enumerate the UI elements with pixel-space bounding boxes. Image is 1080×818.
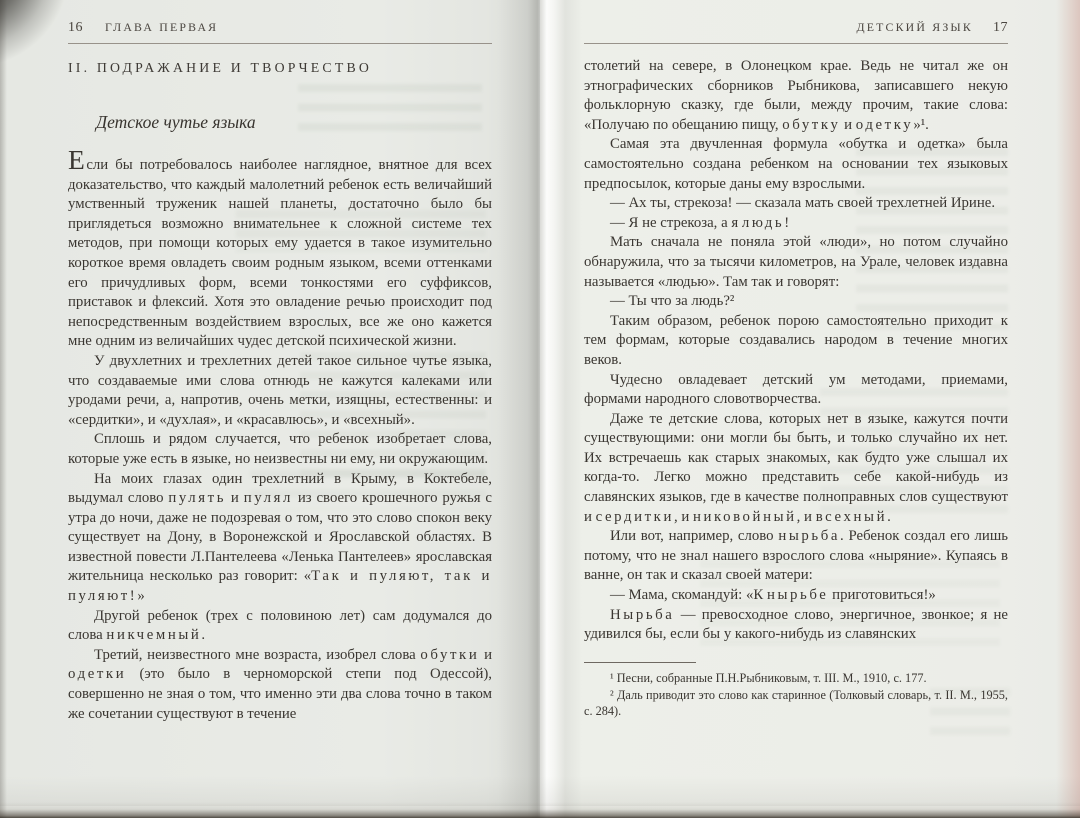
text-run: — Ты что за людь?²	[610, 293, 734, 309]
letterspaced-word: пулять	[168, 490, 226, 506]
footnotes: ¹ Песни, собранные П.Н.Рыбниковым, т. II…	[584, 662, 1008, 720]
text-run: , и	[674, 509, 693, 525]
paragraph: Третий, неизвестного мне возраста, изобр…	[68, 646, 492, 724]
letterspaced-word: обутки	[420, 647, 479, 663]
letterspaced-word: одетку	[856, 117, 914, 133]
running-head: ГЛАВА ПЕРВАЯ	[105, 20, 218, 35]
letterspaced-word: одетки	[68, 666, 126, 682]
paragraph: Таким образом, ребенок порою самостоятел…	[584, 312, 1008, 371]
letterspaced-word: нырьбе	[767, 587, 829, 603]
chapter-section-title: II. ПОДРАЖАНИЕ И ТВОРЧЕСТВО	[68, 60, 492, 76]
letterspaced-word: людь	[742, 215, 784, 231]
right-page-header: ДЕТСКИЙ ЯЗЫК 17	[584, 20, 1008, 36]
text-run: , и	[797, 509, 816, 525]
text-run: Третий, неизвестного мне возраста, изобр…	[94, 647, 420, 663]
paragraph: — Мама, скомандуй: «К нырьбе приготовить…	[584, 586, 1008, 606]
paragraph: Другой ребенок (трех с половиною лет) са…	[68, 607, 492, 646]
paragraph: столетий на севере, в Олонецком крае. Ве…	[584, 57, 1008, 135]
letterspaced-word: никчемный	[106, 627, 201, 643]
text-run: Чудесно овладевает детский ум методами, …	[584, 372, 1008, 408]
text-run: и	[840, 117, 855, 133]
text-run: Мать сначала не поняла этой «люди», но п…	[584, 234, 1008, 289]
text-run: — Мама, скомандуй: «К	[610, 587, 767, 603]
letterspaced-word: нырьба	[778, 528, 840, 544]
text-run: .	[887, 509, 891, 525]
text-run: »	[137, 588, 144, 604]
page-number: 17	[993, 20, 1008, 36]
paragraph: Самая эта двучленная формула «обутка и о…	[584, 135, 1008, 194]
letterspaced-word: обутку	[782, 117, 840, 133]
paragraph: Сплошь и рядом случается, что ребенок из…	[68, 430, 492, 469]
subsection-title: Детское чутье языка	[96, 112, 492, 133]
text-run: Таким образом, ребенок порою самостоятел…	[584, 313, 1008, 368]
paragraph: — Ты что за людь?²	[584, 292, 1008, 312]
paragraph: Чудесно овладевает детский ум методами, …	[584, 371, 1008, 410]
running-head: ДЕТСКИЙ ЯЗЫК	[856, 20, 973, 35]
text-run: приготовиться!»	[828, 587, 935, 603]
dropcap-initial: Е	[68, 144, 86, 175]
text-run: — Ах ты, стрекоза! — сказала мать своей …	[610, 195, 995, 211]
header-rule	[68, 43, 492, 44]
paragraph: — Я не стрекоза, а я людь!	[584, 214, 1008, 234]
page-number: 16	[68, 20, 83, 36]
paragraph: Мать сначала не поняла этой «люди», но п…	[584, 233, 1008, 292]
text-run: Даже те детские слова, которых нет в язы…	[584, 411, 1008, 525]
paragraph: ² Даль приводит это слово как старинное …	[584, 687, 1008, 721]
text-run: Или вот, например, слово	[610, 528, 778, 544]
text-run: У двухлетних и трехлетних детей такое си…	[68, 353, 492, 428]
left-page-body: Если бы потребовалось наиболее наглядное…	[68, 156, 492, 724]
letterspaced-word: всехный	[816, 509, 887, 525]
text-run: (это было в черноморской степи под Одесс…	[68, 666, 492, 721]
paragraph: Даже те детские слова, которых нет в язы…	[584, 410, 1008, 528]
text-run: »¹.	[913, 117, 929, 133]
left-page: 16 ГЛАВА ПЕРВАЯ II. ПОДРАЖАНИЕ И ТВОРЧЕС…	[68, 20, 492, 724]
text-run: и	[226, 490, 244, 506]
left-page-header: 16 ГЛАВА ПЕРВАЯ	[68, 20, 492, 36]
letterspaced-word: сердитки	[596, 509, 674, 525]
text-run: и	[479, 647, 492, 663]
book-scan: { "left_page": { "page_number": "16", "r…	[0, 0, 1080, 818]
text-run: Самая эта двучленная формула «обутка и о…	[584, 136, 1008, 191]
text-run: — Я не стрекоза, а я	[610, 215, 742, 231]
letterspaced-word: Нырьба	[610, 607, 674, 623]
text-run: .	[201, 627, 205, 643]
paragraph: На моих глазах один трехлетний в Крыму, …	[68, 470, 492, 607]
right-page: ДЕТСКИЙ ЯЗЫК 17 столетий на севере, в Ол…	[584, 20, 1008, 720]
letterspaced-word: пулял	[244, 490, 293, 506]
text-run: !	[784, 215, 789, 231]
footnote-list: ¹ Песни, собранные П.Н.Рыбниковым, т. II…	[584, 670, 1008, 720]
paragraph: Если бы потребовалось наиболее наглядное…	[68, 156, 492, 352]
text-run: ² Даль приводит это слово как старинное …	[584, 688, 1008, 719]
footnote-separator	[584, 662, 696, 663]
text-run: ¹ Песни, собранные П.Н.Рыбниковым, т. II…	[610, 671, 927, 685]
paragraph: Или вот, например, слово нырьба. Ребенок…	[584, 527, 1008, 586]
text-run: Сплошь и рядом случается, что ребенок из…	[68, 431, 492, 467]
right-page-body: столетий на севере, в Олонецком крае. Ве…	[584, 57, 1008, 645]
text-run: сли бы потребовалось наиболее наглядное,…	[68, 157, 492, 349]
paragraph: ¹ Песни, собранные П.Н.Рыбниковым, т. II…	[584, 670, 1008, 687]
header-rule	[584, 43, 1008, 44]
paragraph: Нырьба — превосходное слово, энергичное,…	[584, 606, 1008, 645]
letterspaced-word: никовойный	[693, 509, 797, 525]
paragraph: — Ах ты, стрекоза! — сказала мать своей …	[584, 194, 1008, 214]
paragraph: У двухлетних и трехлетних детей такое си…	[68, 352, 492, 430]
